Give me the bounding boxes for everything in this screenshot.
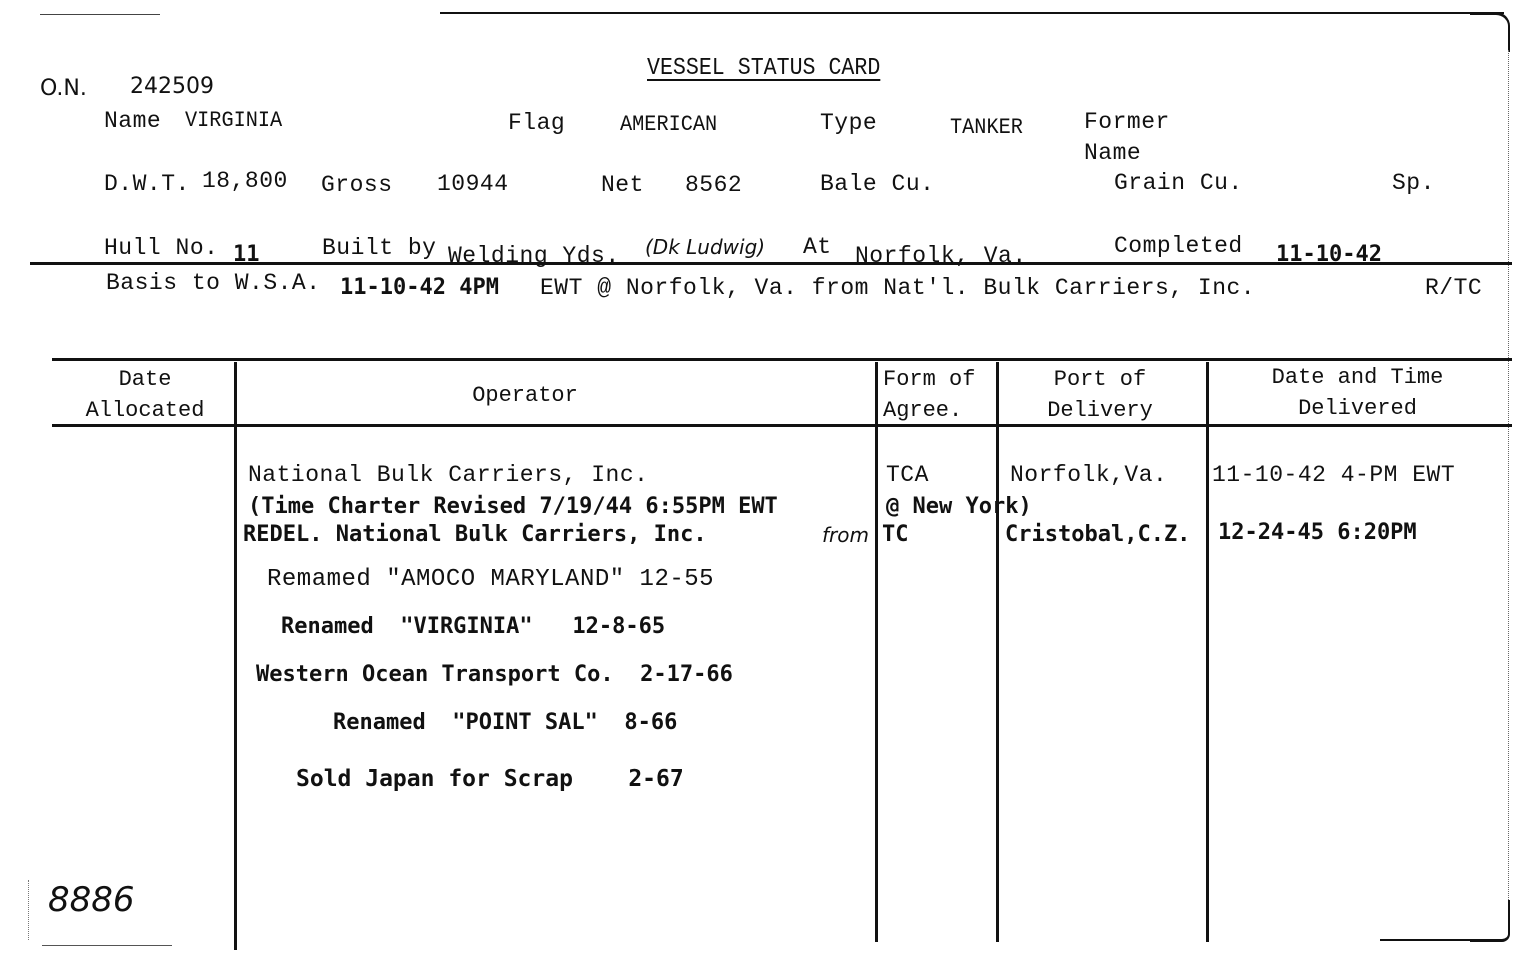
built-at-value: Norfolk, Va. <box>855 243 1027 269</box>
basis-label: Basis to W.S.A. <box>106 270 321 296</box>
gross-value: 10944 <box>437 171 509 197</box>
entry-port: Cristobal,C.Z. <box>1005 522 1190 548</box>
vessel-name: VIRGINIA <box>185 108 282 134</box>
table-header-rule <box>52 424 1512 427</box>
entry-operator: Renamed "VIRGINIA" 12-8-65 <box>281 614 665 640</box>
entry-port: Norfolk,Va. <box>1010 462 1167 488</box>
entry-handwritten-note: from <box>822 522 869 548</box>
gross-label: Gross <box>321 172 393 198</box>
header-operator: Operator <box>240 380 810 411</box>
official-number: 242509 <box>130 74 214 100</box>
vessel-status-card: VESSEL STATUS CARD O.N. 242509 Name VIRG… <box>0 0 1536 954</box>
header-date-time-delivered: Date and Time Delivered <box>1210 362 1505 424</box>
dwt-label: D.W.T. <box>104 171 190 197</box>
built-by-value: Welding Yds. <box>448 243 620 269</box>
grain-label: Grain Cu. <box>1114 170 1243 196</box>
entry-operator: National Bulk Carriers, Inc. <box>248 462 648 488</box>
header-delivered-line1: Date and Time <box>1210 362 1505 393</box>
bale-label: Bale Cu. <box>820 171 934 197</box>
header-form-of-agreement: Form of Agree. <box>880 364 997 426</box>
section-divider <box>30 262 1512 265</box>
header-port-of-delivery: Port of Delivery <box>1000 364 1200 426</box>
at-label: At <box>803 234 832 260</box>
built-by-label: Built by <box>322 235 436 261</box>
card-border-bottom-left <box>42 945 172 946</box>
table-top-rule <box>52 358 1512 361</box>
header-delivered-line2: Delivered <box>1210 393 1505 424</box>
entry-operator: REDEL. National Bulk Carriers, Inc. <box>243 522 707 548</box>
former-name-label-line1: Former <box>1084 109 1170 135</box>
completed-label: Completed <box>1114 233 1243 259</box>
column-divider-1 <box>234 362 237 950</box>
card-title: VESSEL STATUS CARD <box>647 56 880 82</box>
card-border-top-left <box>40 14 160 15</box>
former-name-label-line2: Name <box>1084 140 1141 166</box>
entry-form: TCA <box>886 462 929 488</box>
type-value: TANKER <box>950 115 1023 141</box>
net-label: Net <box>601 172 644 198</box>
dwt-value: 18,800 <box>202 168 288 194</box>
speed-label: Sp. <box>1392 170 1435 196</box>
header-date-allocated-line1: Date <box>60 364 230 395</box>
header-date-allocated-line2: Allocated <box>60 395 230 426</box>
entry-operator: Western Ocean Transport Co. 2-17-66 <box>256 662 733 688</box>
card-corner-bottom-right <box>1470 900 1510 942</box>
entry-form: @ New York) <box>886 494 1032 520</box>
header-form-line2: Agree. <box>883 395 997 426</box>
card-border-bottom <box>1380 939 1480 941</box>
column-divider-4 <box>1206 362 1209 942</box>
card-corner-top-right <box>1470 12 1510 52</box>
entry-operator: (Time Charter Revised 7/19/44 6:55PM EWT <box>248 494 778 520</box>
entry-delivered: 12-24-45 6:20PM <box>1218 520 1417 546</box>
type-label: Type <box>820 110 877 136</box>
column-divider-3 <box>996 362 999 942</box>
entry-operator: Remamed "AMOCO MARYLAND" 12-55 <box>267 567 714 593</box>
entry-delivered: 11-10-42 4-PM EWT <box>1212 462 1455 488</box>
flag-value: AMERICAN <box>620 112 717 138</box>
name-label: Name <box>104 108 161 134</box>
column-divider-2 <box>875 362 878 942</box>
net-value: 8562 <box>685 172 742 198</box>
basis-code: R/TC <box>1425 275 1482 301</box>
header-form-line1: Form of <box>883 364 997 395</box>
official-number-label: O.N. <box>40 76 87 102</box>
card-border-right <box>1508 50 1510 930</box>
basis-date: 11-10-42 4PM <box>340 275 499 301</box>
flag-label: Flag <box>508 110 565 136</box>
card-border-top <box>440 12 1504 14</box>
built-by-handwritten-note: (Dk Ludwig) <box>645 234 765 260</box>
hull-label: Hull No. <box>104 235 218 261</box>
basis-details: EWT @ Norfolk, Va. from Nat'l. Bulk Carr… <box>540 275 1255 301</box>
header-port-line1: Port of <box>1000 364 1200 395</box>
handwritten-file-number: 8886 <box>48 880 135 920</box>
header-date-allocated: Date Allocated <box>60 364 230 426</box>
card-border-left <box>28 880 30 940</box>
entry-form: TC <box>882 522 909 548</box>
entry-operator: Sold Japan for Scrap 2-67 <box>296 766 684 792</box>
header-port-line2: Delivery <box>1000 395 1200 426</box>
entry-operator: Renamed "POINT SAL" 8-66 <box>333 710 677 736</box>
